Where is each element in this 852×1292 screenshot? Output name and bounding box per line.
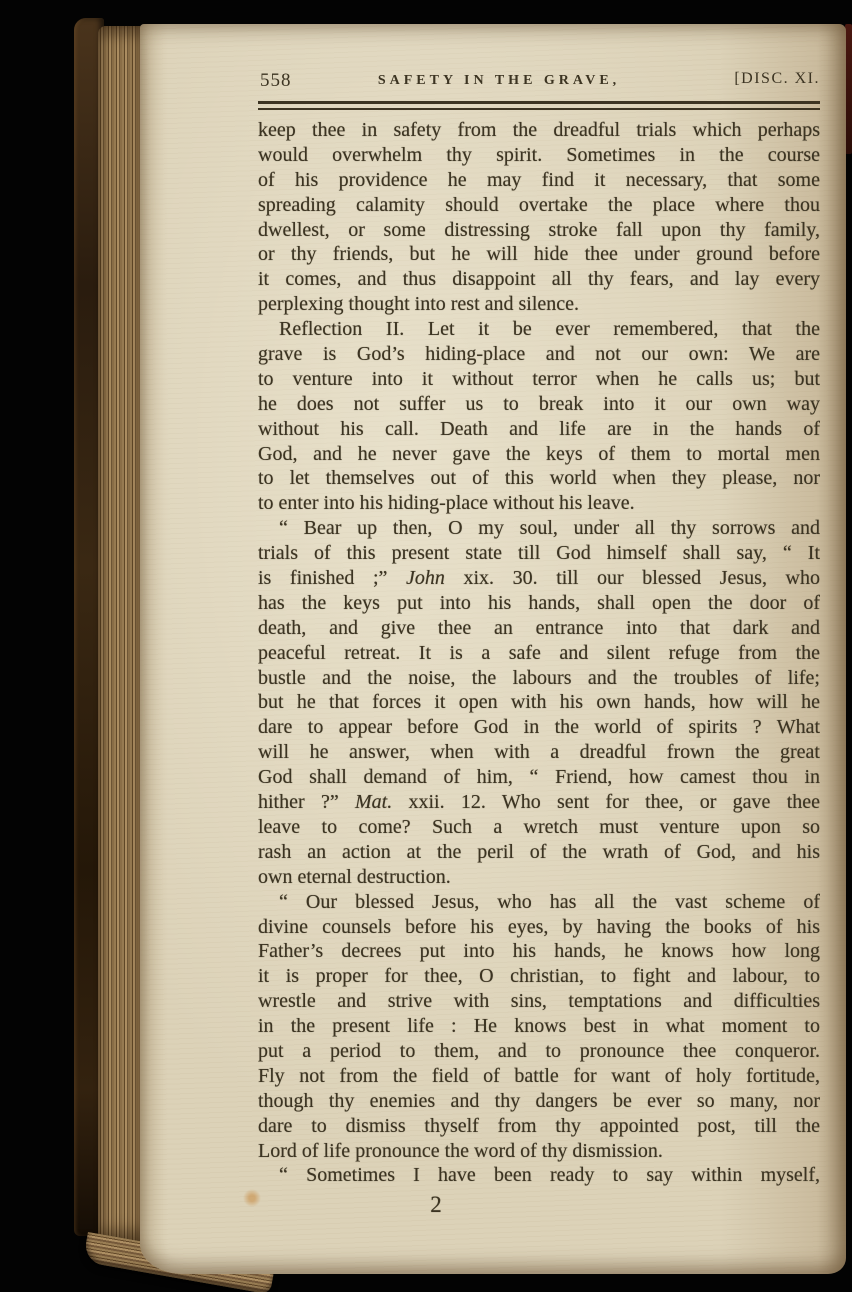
- running-title: SAFETY IN THE GRAVE,: [378, 73, 620, 89]
- text-segment: xxii. 12. Who sent for thee, or gave the…: [392, 791, 820, 813]
- page-text: keep thee in safety from the dreadful tr…: [258, 118, 820, 1188]
- text-segment: though thy enemies and thy dangers be ev…: [258, 1090, 820, 1112]
- text-segment: Lord of life pronounce the word of thy d…: [258, 1140, 663, 1162]
- text-line: leave to come? Such a wretch must ventur…: [258, 815, 820, 840]
- text-segment: own eternal destruction.: [258, 866, 451, 888]
- text-segment: dare to appear before God in the world o…: [258, 716, 820, 738]
- text-line: it comes, and thus disappoint all thy fe…: [258, 267, 820, 292]
- text-segment: God, and he never gave the keys of them …: [258, 443, 820, 465]
- text-line: dare to appear before God in the world o…: [258, 715, 820, 740]
- text-segment: rash an action at the peril of the wrath…: [258, 841, 820, 863]
- text-line: death, and give thee an entrance into th…: [258, 616, 820, 641]
- text-line: though thy enemies and thy dangers be ev…: [258, 1089, 820, 1114]
- text-segment: in the present life : He knows best in w…: [258, 1015, 820, 1037]
- text-line: spreading calamity should overtake the p…: [258, 193, 820, 218]
- text-line: or thy friends, but he will hide thee un…: [258, 242, 820, 267]
- text-segment: will he answer, when with a dreadful fro…: [258, 741, 820, 763]
- text-line: peaceful retreat. It is a safe and silen…: [258, 641, 820, 666]
- text-line: he does not suffer us to break into it o…: [258, 392, 820, 417]
- text-segment: God shall demand of him, “ Friend, how c…: [258, 766, 820, 788]
- text-segment: but he that forces it open with his own …: [258, 691, 820, 713]
- text-segment: is finished ;”: [258, 567, 406, 589]
- text-segment: has the keys put into his hands, shall o…: [258, 592, 820, 614]
- text-segment: perplexing thought into rest and silence…: [258, 293, 579, 315]
- text-line: grave is God’s hiding-place and not our …: [258, 342, 820, 367]
- text-segment: of his providence he may find it necessa…: [258, 169, 820, 191]
- text-line: it is proper for thee, O christian, to f…: [258, 964, 820, 989]
- text-line: divine counsels before his eyes, by havi…: [258, 915, 820, 940]
- text-segment: it comes, and thus disappoint all thy fe…: [258, 268, 820, 290]
- text-segment: death, and give thee an entrance into th…: [258, 617, 820, 639]
- text-line: would overwhelm thy spirit. Sometimes in…: [258, 143, 820, 168]
- text-line: “ Sometimes I have been ready to say wit…: [258, 1163, 820, 1188]
- text-segment: leave to come? Such a wretch must ventur…: [258, 816, 820, 838]
- text-line: to enter into his hiding-place without h…: [258, 491, 820, 516]
- text-segment: “ Our blessed Jesus, who has all the vas…: [279, 891, 820, 913]
- text-segment: peaceful retreat. It is a safe and silen…: [258, 642, 820, 664]
- text-line: without his call. Death and life are in …: [258, 417, 820, 442]
- text-segment: or thy friends, but he will hide thee un…: [258, 243, 820, 265]
- text-line: put a period to them, and to pronounce t…: [258, 1039, 820, 1064]
- text-segment: hither ?”: [258, 791, 355, 813]
- text-line: trials of this present state till God hi…: [258, 541, 820, 566]
- text-line: Father’s decrees put into his hands, he …: [258, 939, 820, 964]
- text-line: perplexing thought into rest and silence…: [258, 292, 820, 317]
- text-segment: it is proper for thee, O christian, to f…: [258, 965, 820, 987]
- text-segment: wrestle and strive with sins, temptation…: [258, 990, 820, 1012]
- text-line: hither ?” Mat. xxii. 12. Who sent for th…: [258, 790, 820, 815]
- text-line: bustle and the noise, the labours and th…: [258, 666, 820, 691]
- text-segment: dwellest, or some distressing stroke fal…: [258, 219, 820, 241]
- text-segment: divine counsels before his eyes, by havi…: [258, 916, 820, 938]
- page-number: 558: [260, 70, 292, 92]
- text-segment: to venture into it without terror when h…: [258, 368, 820, 390]
- text-line: but he that forces it open with his own …: [258, 690, 820, 715]
- text-segment: spreading calamity should overtake the p…: [258, 194, 820, 216]
- text-segment: without his call. Death and life are in …: [258, 418, 820, 440]
- text-line: of his providence he may find it necessa…: [258, 168, 820, 193]
- text-segment: Fly not from the field of battle for wan…: [258, 1065, 820, 1087]
- text-segment: trials of this present state till God hi…: [258, 542, 820, 564]
- text-line: God shall demand of him, “ Friend, how c…: [258, 765, 820, 790]
- text-segment: dare to dismiss thyself from thy appoint…: [258, 1115, 820, 1137]
- header-rule: [258, 101, 820, 110]
- book-page: 558 SAFETY IN THE GRAVE, [DISC. XI. keep…: [140, 24, 846, 1274]
- text-line: “ Our blessed Jesus, who has all the vas…: [258, 890, 820, 915]
- text-segment: he does not suffer us to break into it o…: [258, 393, 820, 415]
- text-segment: Reflection II. Let it be ever remembered…: [279, 318, 820, 340]
- text-segment: “ Sometimes I have been ready to say wit…: [279, 1164, 820, 1186]
- text-line: to let themselves out of this world when…: [258, 466, 820, 491]
- text-segment: grave is God’s hiding-place and not our …: [258, 343, 820, 365]
- text-line: wrestle and strive with sins, temptation…: [258, 989, 820, 1014]
- text-line: is finished ;” John xix. 30. till our bl…: [258, 566, 820, 591]
- text-line: keep thee in safety from the dreadful tr…: [258, 118, 820, 143]
- text-segment: would overwhelm thy spirit. Sometimes in…: [258, 144, 820, 166]
- running-header: 558 SAFETY IN THE GRAVE, [DISC. XI.: [258, 68, 820, 94]
- text-segment: put a period to them, and to pronounce t…: [258, 1040, 820, 1062]
- text-line: will he answer, when with a dreadful fro…: [258, 740, 820, 765]
- text-line: God, and he never gave the keys of them …: [258, 442, 820, 467]
- text-segment: Father’s decrees put into his hands, he …: [258, 940, 820, 962]
- text-line: dare to dismiss thyself from thy appoint…: [258, 1114, 820, 1139]
- discourse-label: [DISC. XI.: [734, 70, 820, 88]
- italic-citation: John: [406, 567, 445, 589]
- italic-citation: Mat.: [355, 791, 392, 813]
- text-line: own eternal destruction.: [258, 865, 820, 890]
- text-segment: to let themselves out of this world when…: [258, 467, 820, 489]
- page-content: 558 SAFETY IN THE GRAVE, [DISC. XI. keep…: [140, 24, 846, 1218]
- text-line: has the keys put into his hands, shall o…: [258, 591, 820, 616]
- adjacent-binding-sliver: [845, 24, 852, 154]
- text-line: Reflection II. Let it be ever remembered…: [258, 317, 820, 342]
- text-segment: xix. 30. till our blessed Jesus, who: [445, 567, 820, 589]
- text-line: dwellest, or some distressing stroke fal…: [258, 218, 820, 243]
- text-segment: to enter into his hiding-place without h…: [258, 492, 635, 514]
- text-segment: bustle and the noise, the labours and th…: [258, 667, 820, 689]
- text-line: to venture into it without terror when h…: [258, 367, 820, 392]
- text-line: Fly not from the field of battle for wan…: [258, 1064, 820, 1089]
- signature-mark: 2: [426, 1192, 446, 1218]
- page-fore-edge: [98, 26, 144, 1244]
- text-line: “ Bear up then, O my soul, under all thy…: [258, 516, 820, 541]
- text-segment: keep thee in safety from the dreadful tr…: [258, 119, 820, 141]
- scanned-book-photo: 558 SAFETY IN THE GRAVE, [DISC. XI. keep…: [0, 0, 852, 1292]
- text-line: in the present life : He knows best in w…: [258, 1014, 820, 1039]
- text-segment: “ Bear up then, O my soul, under all thy…: [279, 517, 820, 539]
- text-line: Lord of life pronounce the word of thy d…: [258, 1139, 820, 1164]
- text-line: rash an action at the peril of the wrath…: [258, 840, 820, 865]
